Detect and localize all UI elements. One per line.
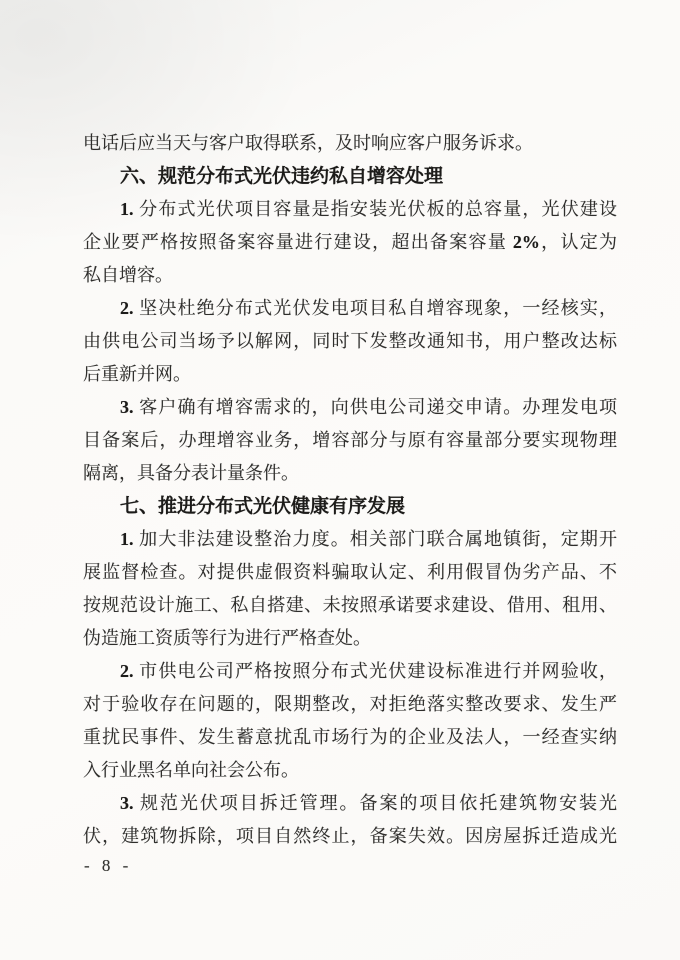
page-content: 电话后应当天与客户取得联系，及时响应客户服务诉求。六、规范分布式光伏违约私自增容…: [83, 127, 617, 853]
text-segment: 私自增容。: [83, 265, 173, 285]
text-segment: 2%: [513, 232, 540, 252]
text-segment: 对于验收存在问题的，限期整改，对拒绝落实整改要求、发生严: [83, 694, 617, 714]
text-segment: 客户确有增容需求的，向供电公司递交申请。办理发电项: [139, 397, 617, 417]
text-line: 重扰民事件、发生蓄意扰乱市场行为的企业及法人，一经查实纳: [83, 721, 617, 754]
text-line: 后重新并网。: [83, 358, 617, 391]
text-segment: 入行业黑名单向社会公布。: [83, 760, 299, 780]
document-page: 电话后应当天与客户取得联系，及时响应客户服务诉求。六、规范分布式光伏违约私自增容…: [0, 0, 680, 960]
text-line: 私自增容。: [83, 259, 617, 292]
text-segment: 规范光伏项目拆迁管理。备案的项目依托建筑物安装光: [140, 793, 617, 813]
text-segment: 电话后应当天与客户取得联系，及时响应客户服务诉求。: [83, 133, 533, 153]
text-line: 隔离，具备分表计量条件。: [83, 457, 617, 490]
text-segment: 市供电公司严格按照分布式光伏建设标准进行并网验收，: [139, 661, 617, 681]
text-line: 电话后应当天与客户取得联系，及时响应客户服务诉求。: [83, 127, 617, 160]
text-segment: 2.: [120, 661, 139, 681]
section-heading: 六、规范分布式光伏违约私自增容处理: [83, 160, 617, 193]
text-segment: 2.: [120, 298, 139, 318]
text-segment: 企业要严格按照备案容量进行建设，超出备案容量: [83, 232, 513, 252]
text-segment: 展监督检查。对提供虚假资料骗取认定、利用假冒伪劣产品、不: [83, 562, 617, 582]
text-line: 3. 规范光伏项目拆迁管理。备案的项目依托建筑物安装光: [83, 787, 617, 820]
text-line: 2. 坚决杜绝分布式光伏发电项目私自增容现象，一经核实，: [83, 292, 617, 325]
text-segment: 按规范设计施工、私自搭建、未按照承诺要求建设、借用、租用、: [83, 595, 617, 615]
text-segment: 七、推进分布式光伏健康有序发展: [120, 496, 405, 517]
text-line: 1. 加大非法建设整治力度。相关部门联合属地镇街，定期开: [83, 523, 617, 556]
text-line: 目备案后，办理增容业务，增容部分与原有容量部分要实现物理: [83, 424, 617, 457]
text-segment: 目备案后，办理增容业务，增容部分与原有容量部分要实现物理: [83, 430, 617, 450]
text-segment: 后重新并网。: [83, 364, 191, 384]
section-heading: 七、推进分布式光伏健康有序发展: [83, 490, 617, 523]
text-segment: 1.: [120, 529, 139, 549]
text-segment: 坚决杜绝分布式光伏发电项目私自增容现象，一经核实，: [139, 298, 617, 318]
text-segment: 隔离，具备分表计量条件。: [83, 463, 299, 483]
text-line: 伪造施工资质等行为进行严格查处。: [83, 622, 617, 655]
text-line: 1. 分布式光伏项目容量是指安装光伏板的总容量，光伏建设: [83, 193, 617, 226]
text-segment: 1.: [120, 199, 139, 219]
text-line: 伏，建筑物拆除，项目自然终止，备案失效。因房屋拆迁造成光: [83, 820, 617, 853]
text-segment: 由供电公司当场予以解网，同时下发整改通知书，用户整改达标: [83, 331, 617, 351]
text-segment: 伪造施工资质等行为进行严格查处。: [83, 628, 371, 648]
text-line: 由供电公司当场予以解网，同时下发整改通知书，用户整改达标: [83, 325, 617, 358]
text-line: 对于验收存在问题的，限期整改，对拒绝落实整改要求、发生严: [83, 688, 617, 721]
text-line: 2. 市供电公司严格按照分布式光伏建设标准进行并网验收，: [83, 655, 617, 688]
text-segment: 加大非法建设整治力度。相关部门联合属地镇街，定期开: [139, 529, 617, 549]
text-segment: 重扰民事件、发生蓄意扰乱市场行为的企业及法人，一经查实纳: [83, 727, 617, 747]
text-line: 企业要严格按照备案容量进行建设，超出备案容量 2%，认定为: [83, 226, 617, 259]
text-segment: ，认定为: [540, 232, 617, 252]
text-line: 入行业黑名单向社会公布。: [83, 754, 617, 787]
text-segment: 3.: [120, 397, 139, 417]
text-line: 3. 客户确有增容需求的，向供电公司递交申请。办理发电项: [83, 391, 617, 424]
text-line: 展监督检查。对提供虚假资料骗取认定、利用假冒伪劣产品、不: [83, 556, 617, 589]
text-segment: 伏，建筑物拆除，项目自然终止，备案失效。因房屋拆迁造成光: [83, 826, 617, 846]
text-line: 按规范设计施工、私自搭建、未按照承诺要求建设、借用、租用、: [83, 589, 617, 622]
page-number: - 8 -: [84, 854, 132, 878]
text-segment: 六、规范分布式光伏违约私自增容处理: [120, 166, 443, 187]
text-segment: 分布式光伏项目容量是指安装光伏板的总容量，光伏建设: [139, 199, 617, 219]
text-segment: 3.: [120, 793, 140, 813]
